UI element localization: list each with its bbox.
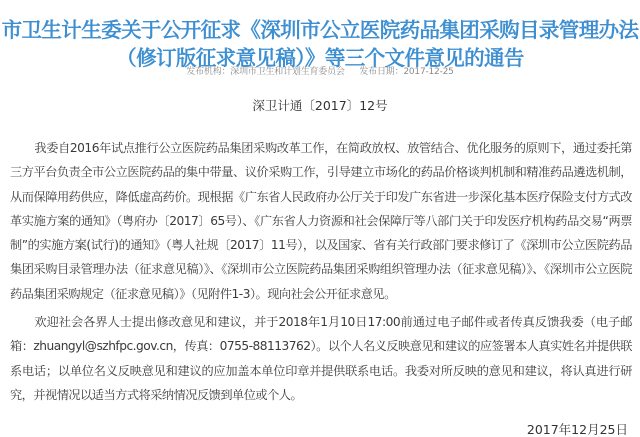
publisher-label: 发布机构：深圳市卫生和计划生育委员会 bbox=[186, 67, 344, 77]
body-paragraph-2: 欢迎社会各界人士提出修改意见和建议，并于2018年1月10日17:00前通过电子… bbox=[10, 310, 632, 407]
publish-date: 发布日期：2017-12-25 bbox=[359, 67, 453, 77]
body-paragraph-1: 我委自2016年试点推行公立医院药品集团采购改革工作，在简政放权、放管结合、优化… bbox=[10, 136, 632, 306]
signature-date: 2017年12月25日 bbox=[527, 420, 628, 437]
publish-meta: 发布机构：深圳市卫生和计划生育委员会 发布日期：2017-12-25 bbox=[0, 64, 640, 77]
document-number: 深卫计通〔2017〕12号 bbox=[0, 96, 640, 114]
